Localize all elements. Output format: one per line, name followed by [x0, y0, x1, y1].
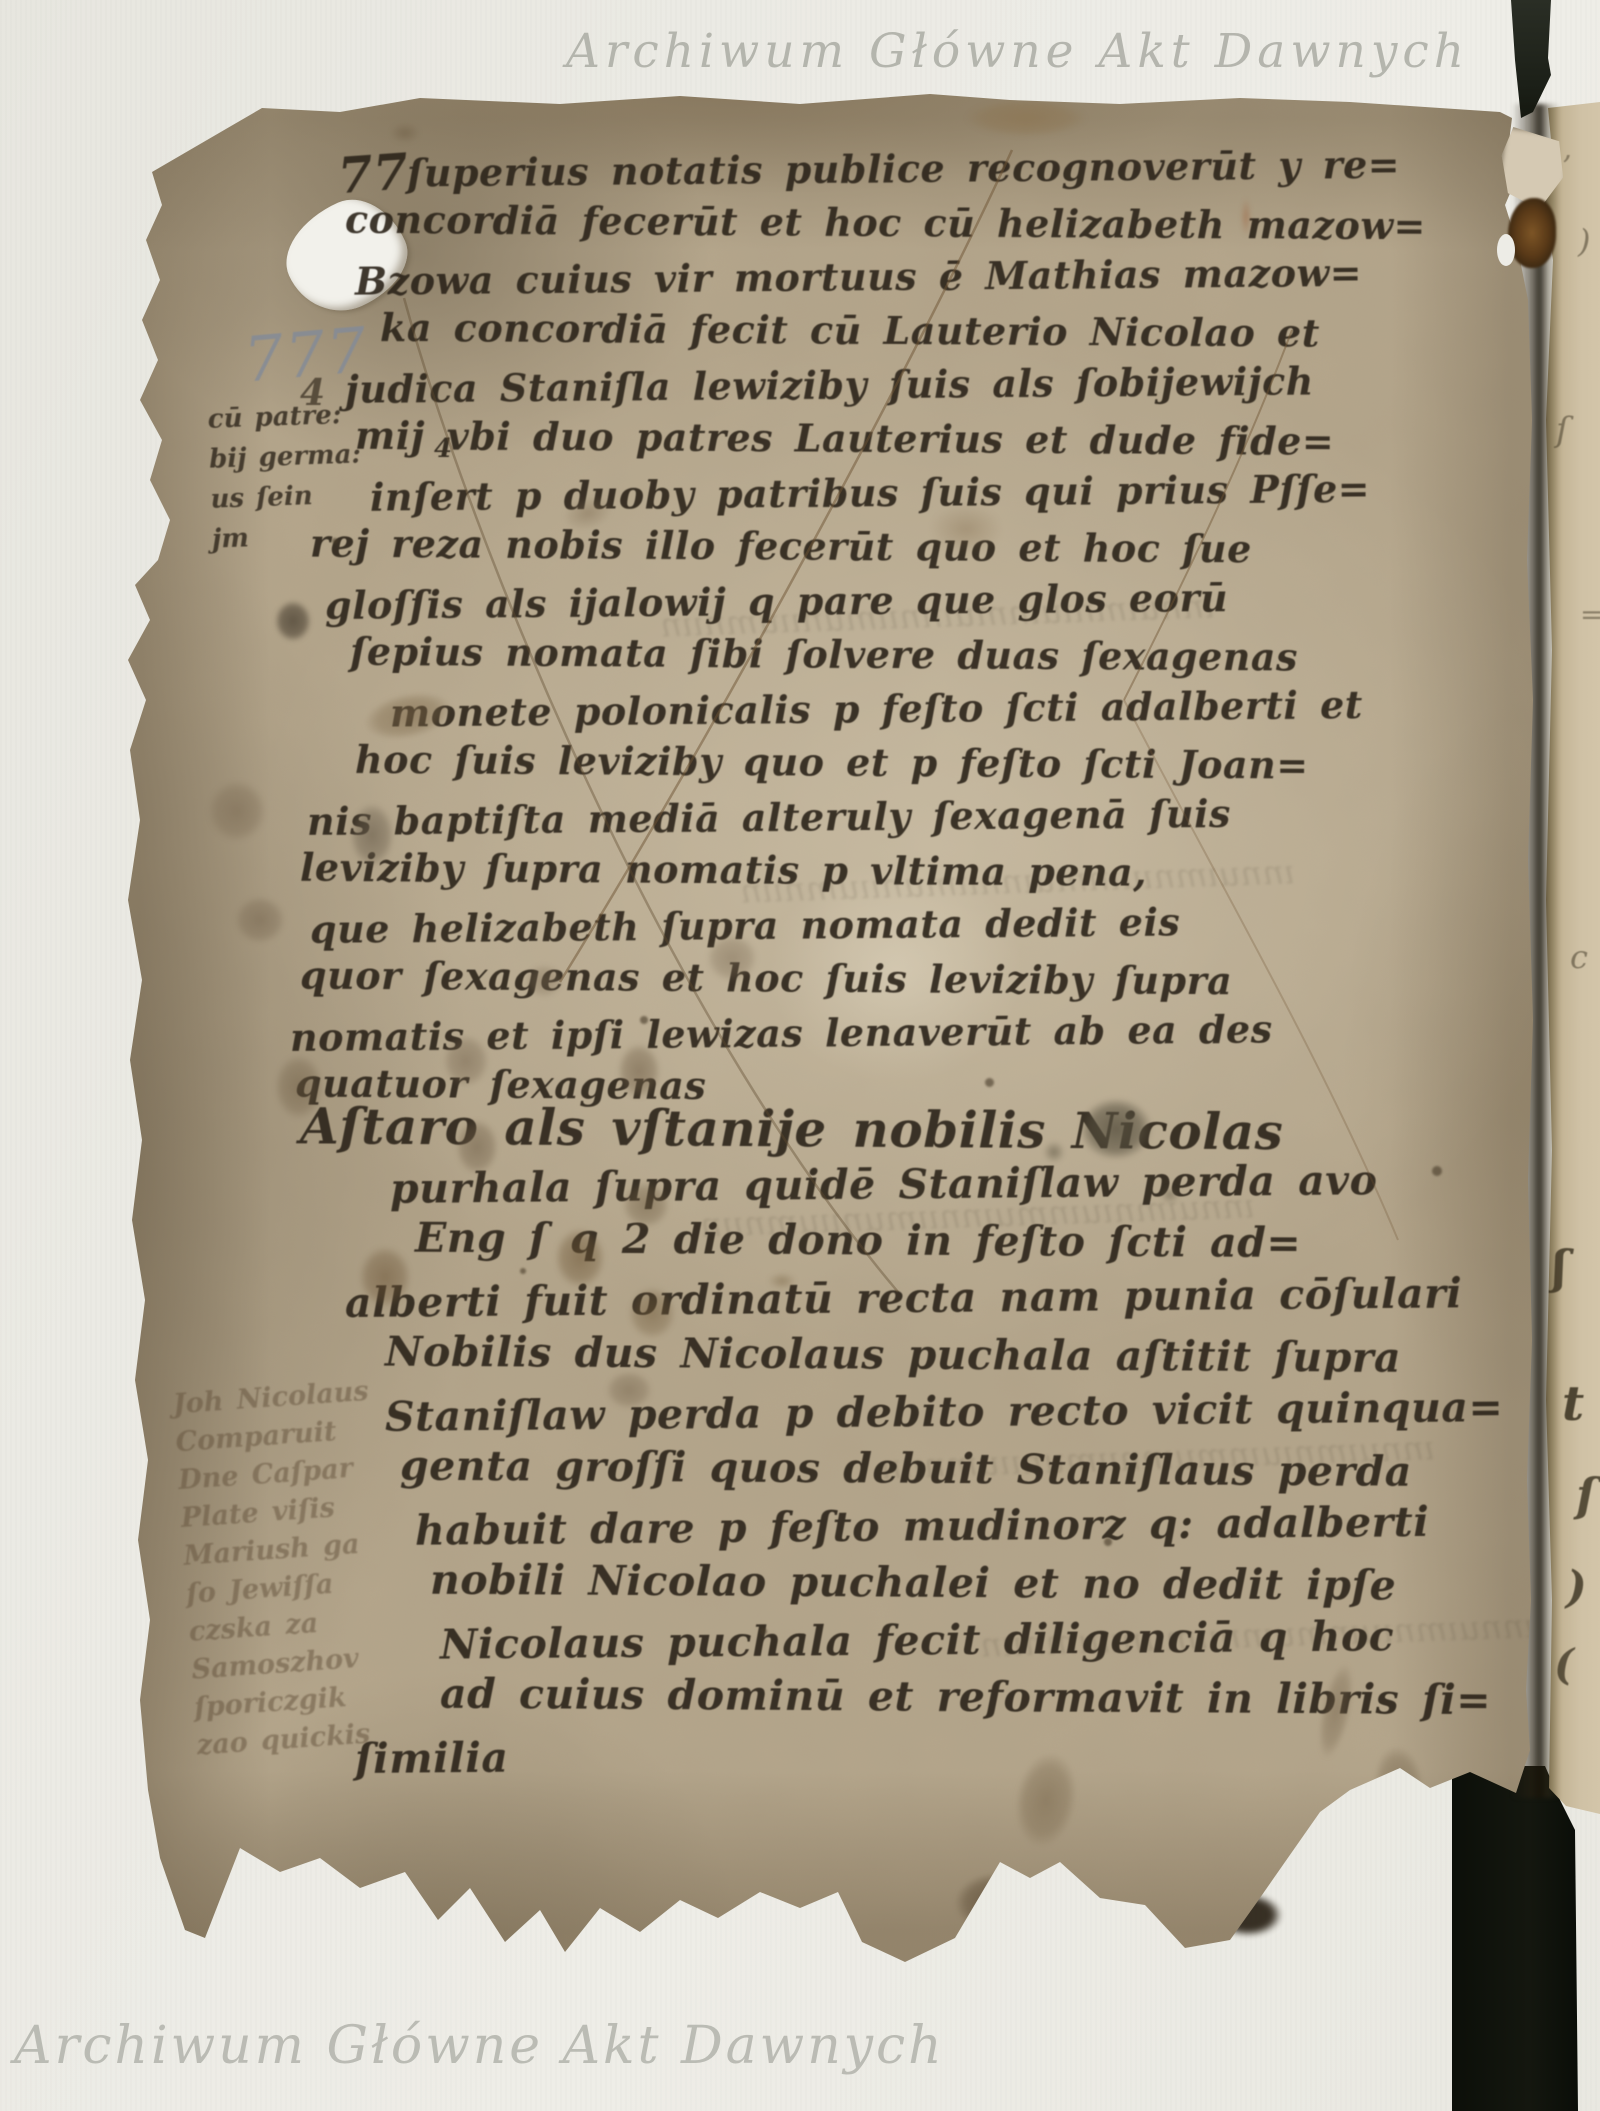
ink-dot: [640, 1016, 648, 1024]
manuscript-line: purhala ſupra quidē Staniſlaw perda avo: [390, 1155, 1504, 1222]
watermark-bottom: Archiwum Główne Akt Dawnych: [14, 2016, 945, 2076]
margin-notes-bottom: Joh Nicolaus Comparuit Dne Caſpar Plate …: [172, 1376, 394, 1769]
marginal-stroke: t: [1562, 1376, 1584, 1432]
wormhole: [1508, 198, 1556, 268]
ink-blot: [228, 890, 292, 950]
manuscript-line: Bzowa cuius vir mortuus ē Mathias mazow=: [355, 249, 1426, 312]
marginal-stroke: ’: [1562, 150, 1572, 185]
marginal-stroke: c: [1570, 938, 1588, 976]
manuscript-line: concordiā fecerūt et hoc cū helizabeth m…: [345, 197, 1426, 258]
ink-blot: [344, 795, 400, 875]
manuscript-line: nobili Nicolao puchalei et no dedit ipſe: [430, 1556, 1504, 1620]
ink-blot: [268, 1046, 330, 1128]
ink-blot: [622, 1280, 682, 1346]
ink-dot: [332, 538, 338, 544]
ink-blot: [352, 1238, 418, 1316]
manuscript-line: ſepius nomata ſibi ſolvere duas ſexagena…: [350, 629, 1426, 690]
ink-dot: [520, 1268, 526, 1274]
binding-strip-top: [1511, 0, 1551, 120]
ink-dot: [1104, 1538, 1112, 1546]
ink-blot: [764, 1270, 800, 1292]
manuscript-line: gloſſis als ijalowij q pare que glos eor…: [325, 573, 1426, 637]
manuscript-line: judica Staniſla lewiziby ſuis als ſobije…: [345, 357, 1426, 420]
manuscript-line: quor ſexagenas et hoc ſuis leviziby ſupr…: [300, 953, 1426, 1014]
manuscript-line: hoc ſuis leviziby quo et p feſto ſcti Jo…: [355, 737, 1426, 798]
marginal-stroke: =: [1580, 598, 1600, 631]
manuscript-line: inſert p duoby patribus ſuis qui prius P…: [370, 465, 1426, 528]
text-block-2: Aſtaro als vſtanije nobilis Nicolas purh…: [290, 1100, 1503, 1787]
manuscript-page: ınnuımnıuınmuınnıımunııumnıın ınnuımnıuı…: [0, 0, 1600, 2111]
ink-dot: [985, 1078, 994, 1087]
manuscript-line: leviziby ſupra nomatis p vltima pena,: [300, 845, 1426, 906]
ink-blot: [950, 94, 1102, 142]
ink-blot: [520, 960, 568, 1002]
manuscript-line: genta groſſi quos debuit Staniſlaus perd…: [400, 1442, 1504, 1506]
ink-blot: [616, 1176, 676, 1234]
ink-blot: [386, 120, 424, 146]
manuscript-line: mij vbi duo patres Lauterius et dude fid…: [355, 413, 1426, 474]
manuscript-line: ſuperius notatis publice recognoverūt y …: [407, 142, 1426, 205]
marginal-stroke: ſ: [1576, 1468, 1596, 1522]
manuscript-scan-stage: Archiwum Główne Akt Dawnych Archiwum Głó…: [0, 0, 1600, 2111]
marginal-stroke: ): [1566, 1562, 1587, 1613]
ink-blot: [600, 1366, 658, 1414]
manuscript-line: Staniſlaw perda p debito recto vicit qui…: [385, 1383, 1504, 1450]
ink-blot: [270, 595, 316, 647]
ink-dot: [760, 1628, 767, 1635]
binding-strip-bottom: [1452, 1766, 1580, 2111]
manuscript-line: monete polonicalis p feſto ſcti adalbert…: [390, 681, 1426, 744]
manuscript-line: nis baptiſta mediā alteruly ſexagenā ſui…: [307, 789, 1426, 853]
ink-dot: [1432, 1166, 1442, 1176]
ink-dot: [1012, 1958, 1019, 1965]
text-block-1: ſuperius notatis publice recognoverūt y …: [290, 146, 1426, 1118]
ink-blot: [1158, 1184, 1182, 1206]
watermark-top: Archiwum Główne Akt Dawnych: [566, 24, 1469, 79]
ink-blot: [920, 498, 1012, 560]
ink-blot: [700, 928, 764, 988]
ink-blot: [548, 1220, 612, 1296]
marginal-stroke: ): [1578, 222, 1590, 260]
manuscript-line: alberti fuit ordinatū recta nam punia cō…: [345, 1269, 1504, 1336]
manuscript-line: rej reza nobis illo fecerūt quo et hoc ſ…: [310, 521, 1426, 582]
paper-speck: [1497, 234, 1515, 266]
ink-blot: [450, 1112, 504, 1182]
manuscript-line: ka concordiā fecit cū Lauterio Nicolao e…: [380, 305, 1426, 365]
manuscript-line: habuit dare p feſto mudinorz q: adalbert…: [415, 1497, 1504, 1563]
ink-blot: [437, 1028, 495, 1094]
ink-blot: [1240, 194, 1252, 240]
ink-blot: [1040, 1138, 1068, 1166]
ink-blot: [200, 772, 274, 850]
ink-blot: [1070, 1090, 1162, 1168]
ink-blot: [612, 1036, 666, 1106]
manuscript-line: que helizabeth ſupra nomata dedit eis: [310, 897, 1426, 961]
manuscript-line: Nobilis dus Nicolaus puchala aſtitit ſup…: [385, 1328, 1504, 1392]
